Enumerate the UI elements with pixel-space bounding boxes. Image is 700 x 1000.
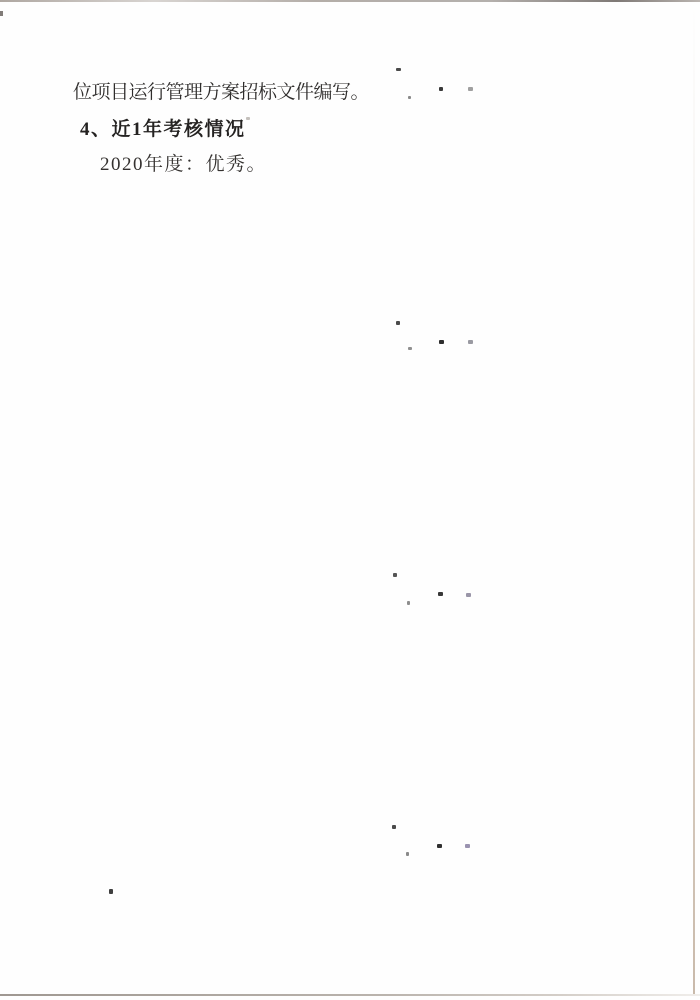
scan-edge-right — [693, 0, 695, 994]
scan-speck — [438, 592, 443, 596]
scanned-document-page: 位项目运行管理方案招标文件编写。 4、近1年考核情况 2020年度：优秀。 — [0, 0, 700, 1000]
scan-speck — [466, 593, 471, 597]
scan-speck — [396, 68, 401, 71]
scan-speck — [396, 321, 400, 325]
assessment-result-text: 2020年度：优秀。 — [100, 154, 267, 177]
scan-edge-top — [0, 0, 700, 2]
scan-speck — [408, 96, 411, 99]
scan-speck — [392, 825, 396, 829]
scan-speck — [468, 340, 473, 344]
scan-edge-left-mark — [0, 11, 3, 16]
scan-speck — [468, 87, 473, 91]
scan-speck — [439, 87, 443, 91]
scan-speck — [393, 573, 397, 577]
scan-speck — [246, 117, 250, 120]
scan-speck — [407, 601, 410, 605]
scan-speck — [465, 844, 470, 848]
scan-edge-bottom — [0, 994, 700, 996]
scan-speck — [439, 340, 444, 344]
scan-speck — [437, 844, 442, 848]
section-heading: 4、近1年考核情况 — [80, 119, 246, 142]
scan-speck — [109, 889, 113, 894]
scan-speck — [408, 347, 412, 350]
paragraph-continuation-text: 位项目运行管理方案招标文件编写。 — [73, 82, 369, 105]
scan-speck — [406, 852, 409, 856]
